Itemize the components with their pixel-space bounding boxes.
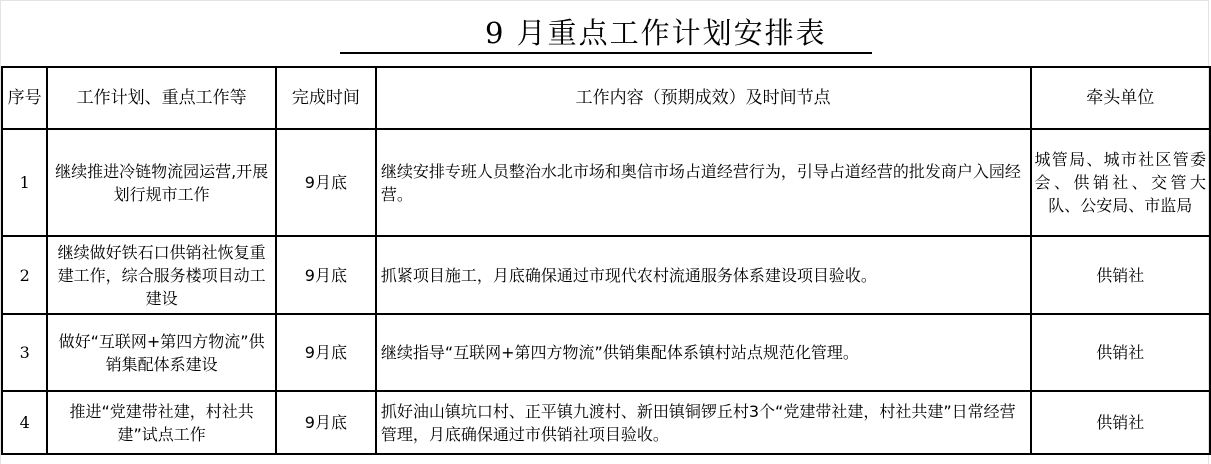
- cell-time: 9月底: [276, 314, 376, 391]
- cell-seq: 1: [2, 129, 47, 236]
- cell-plan: 继续推进冷链物流园运营,开展划行规市工作: [47, 129, 276, 236]
- table-row: 1 继续推进冷链物流园运营,开展划行规市工作 9月底 继续安排专班人员整治水北市…: [2, 129, 1210, 236]
- page-title: 9 月重点工作计划安排表: [485, 16, 827, 50]
- cell-seq: 2: [2, 236, 47, 314]
- header-content: 工作内容（预期成效）及时间节点: [376, 67, 1031, 129]
- cell-time: 9月底: [276, 391, 376, 454]
- table-row: 2 继续做好铁石口供销社恢复重建工作，综合服务楼项目动工建设 9月底 抓紧项目施…: [2, 236, 1210, 314]
- table-row: 4 推进“党建带社建，村社共建”试点工作 9月底 抓好油山镇坑口村、正平镇九渡村…: [2, 391, 1210, 454]
- cell-time: 9月底: [276, 236, 376, 314]
- header-seq: 序号: [2, 67, 47, 129]
- cell-lead: 供销社: [1031, 236, 1210, 314]
- cell-lead: 供销社: [1031, 391, 1210, 454]
- cell-plan: 继续做好铁石口供销社恢复重建工作，综合服务楼项目动工建设: [47, 236, 276, 314]
- cell-content: 继续指导“互联网+第四方物流”供销集配体系镇村站点规范化管理。: [376, 314, 1031, 391]
- cell-seq: 4: [2, 391, 47, 454]
- cell-lead: 城管局、城市社区管委会、供销社、交管大队、公安局、市监局: [1031, 129, 1210, 236]
- cell-content: 继续安排专班人员整治水北市场和奥信市场占道经营行为，引导占道经营的批发商户入园经…: [376, 129, 1031, 236]
- header-plan: 工作计划、重点工作等: [47, 67, 276, 129]
- table-row: 3 做好“互联网+第四方物流”供销集配体系建设 9月底 继续指导“互联网+第四方…: [2, 314, 1210, 391]
- table-header-row: 序号 工作计划、重点工作等 完成时间 工作内容（预期成效）及时间节点 牵头单位: [2, 67, 1210, 129]
- cell-content: 抓好油山镇坑口村、正平镇九渡村、新田镇铜锣丘村3个“党建带社建，村社共建”日常经…: [376, 391, 1031, 454]
- cell-plan: 推进“党建带社建，村社共建”试点工作: [47, 391, 276, 454]
- header-lead: 牵头单位: [1031, 67, 1210, 129]
- cell-seq: 3: [2, 314, 47, 391]
- cell-plan: 做好“互联网+第四方物流”供销集配体系建设: [47, 314, 276, 391]
- cell-lead: 供销社: [1031, 314, 1210, 391]
- cell-time: 9月底: [276, 129, 376, 236]
- cell-content: 抓紧项目施工，月底确保通过市现代农村流通服务体系建设项目验收。: [376, 236, 1031, 314]
- header-time: 完成时间: [276, 67, 376, 129]
- work-plan-table: 序号 工作计划、重点工作等 完成时间 工作内容（预期成效）及时间节点 牵头单位 …: [1, 66, 1211, 455]
- title-underline: 9 月重点工作计划安排表: [340, 14, 872, 54]
